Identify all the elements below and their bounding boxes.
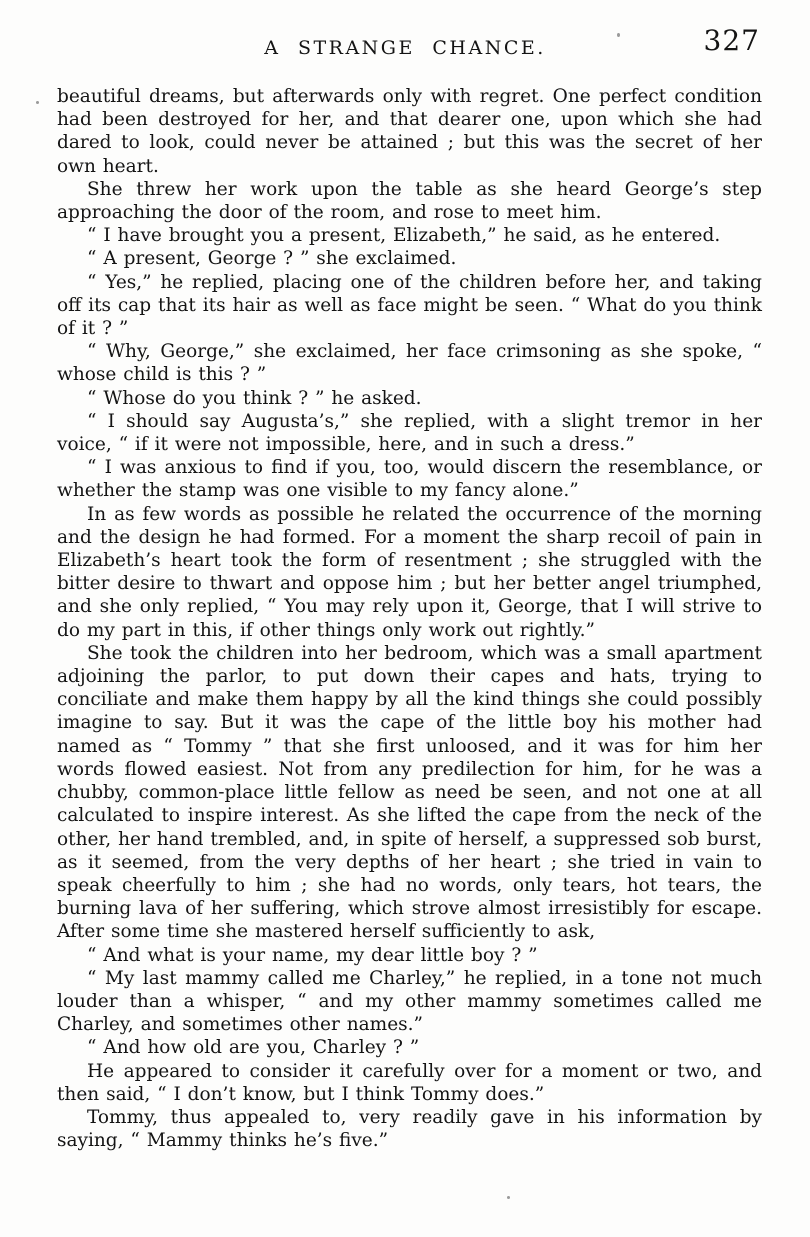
paragraph: beautiful dreams, but afterwards only wi… — [57, 85, 762, 178]
paragraph: “ I have brought you a present, Elizabet… — [57, 224, 762, 247]
paragraph: “ My last mammy called me Charley,” he r… — [57, 967, 762, 1037]
paragraph: She took the children into her bedroom, … — [57, 642, 762, 944]
page-body: beautiful dreams, but afterwards only wi… — [57, 85, 762, 1152]
page-header: A STRANGE CHANCE. 327 — [0, 0, 810, 60]
paragraph: Tommy, thus appealed to, very readily ga… — [57, 1106, 762, 1152]
paragraph: “ And how old are you, Charley ? ” — [57, 1036, 762, 1059]
book-page: A STRANGE CHANCE. 327 beautiful dreams, … — [0, 0, 810, 1237]
running-title: A STRANGE CHANCE. — [0, 0, 810, 59]
paragraph: “ A present, George ? ” she exclaimed. — [57, 247, 762, 270]
paragraph: She threw her work upon the table as she… — [57, 178, 762, 224]
paragraph: He appeared to consider it carefully ove… — [57, 1060, 762, 1106]
scan-speck — [507, 1196, 510, 1199]
paragraph: “ Whose do you think ? ” he asked. — [57, 387, 762, 410]
paragraph: In as few words as possible he related t… — [57, 503, 762, 642]
paragraph: “ I should say Augusta’s,” she replied, … — [57, 410, 762, 456]
paragraph: “ I was anxious to find if you, too, wou… — [57, 456, 762, 502]
paragraph: “ Yes,” he replied, placing one of the c… — [57, 271, 762, 341]
paragraph: “ Why, George,” she exclaimed, her face … — [57, 340, 762, 386]
paragraph: “ And what is your name, my dear little … — [57, 944, 762, 967]
scan-speck — [36, 101, 39, 104]
page-number: 327 — [704, 24, 760, 57]
